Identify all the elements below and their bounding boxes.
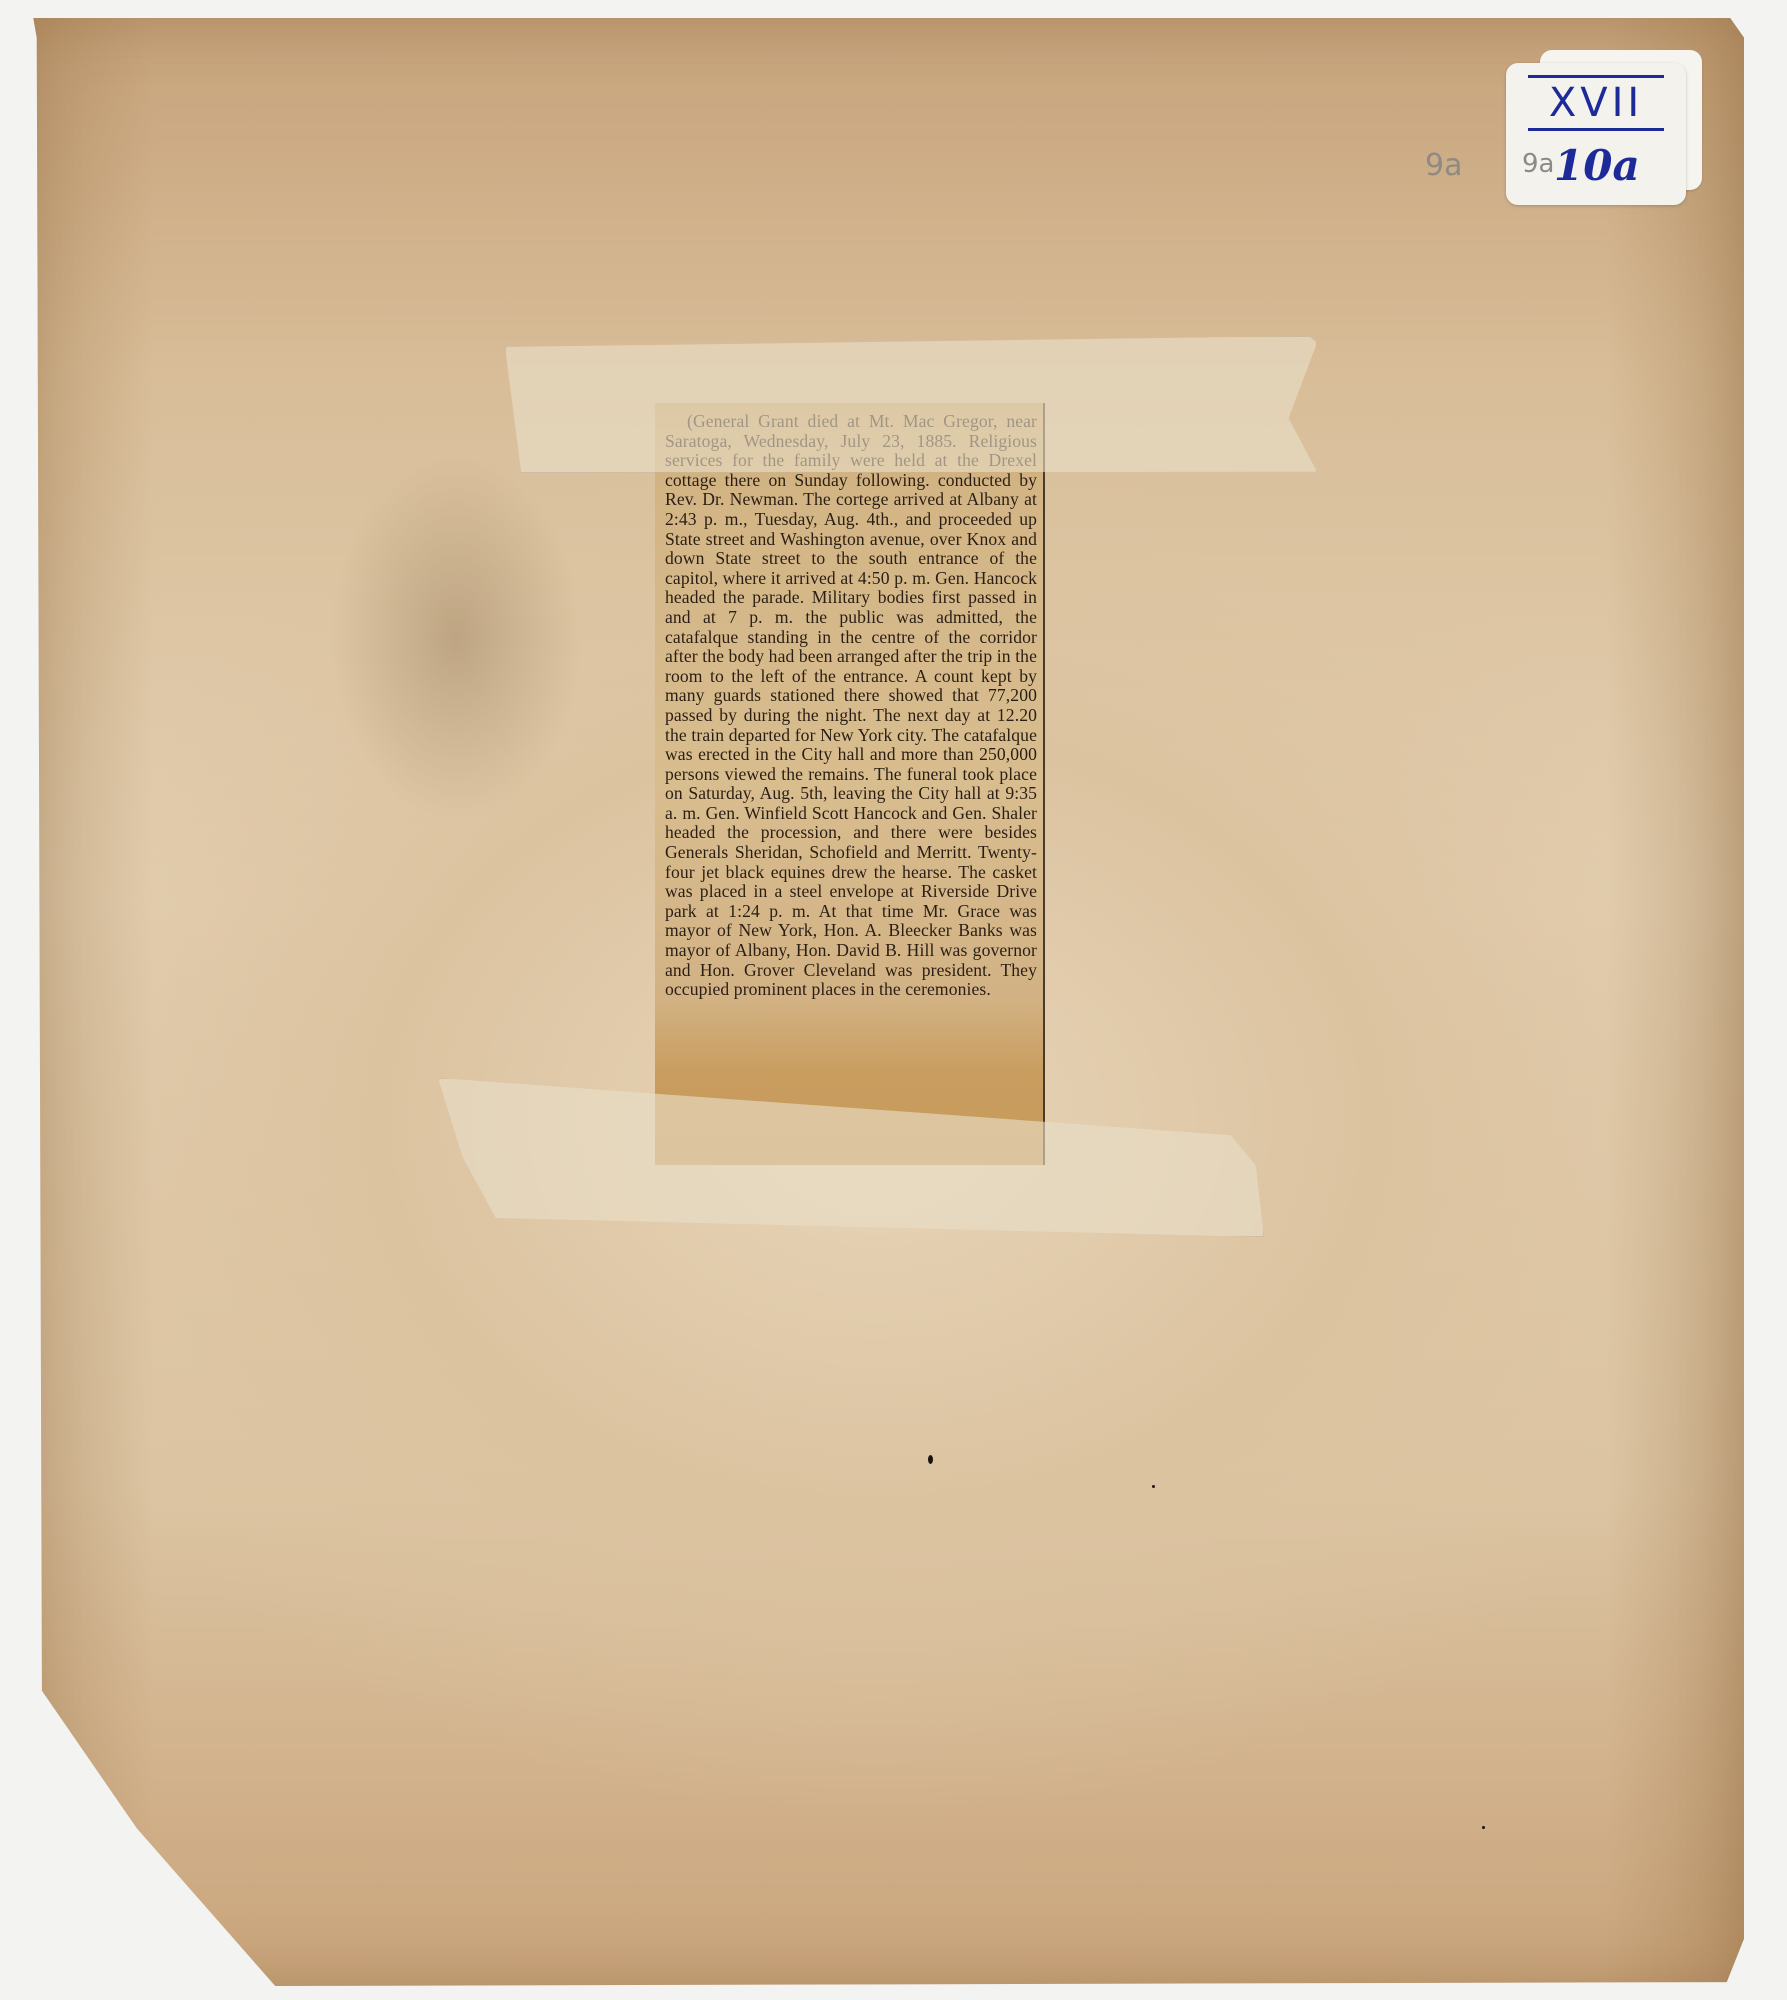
ink-speck [1152,1485,1155,1488]
catalog-label: XVII 9a 10a [1506,63,1686,205]
tape-strip-top [505,336,1317,473]
label-number: 10a [1554,141,1640,190]
label-roman-numeral: XVII [1528,75,1664,131]
pencil-note: 9a [1425,148,1462,183]
ink-speck [928,1455,933,1464]
label-crossed-out-number: 9a [1522,149,1554,179]
clipping-text: (General Grant died at Mt. Mac Gregor, n… [665,412,1037,1000]
ink-speck [1482,1826,1485,1829]
newspaper-clipping: (General Grant died at Mt. Mac Gregor, n… [655,403,1045,1165]
